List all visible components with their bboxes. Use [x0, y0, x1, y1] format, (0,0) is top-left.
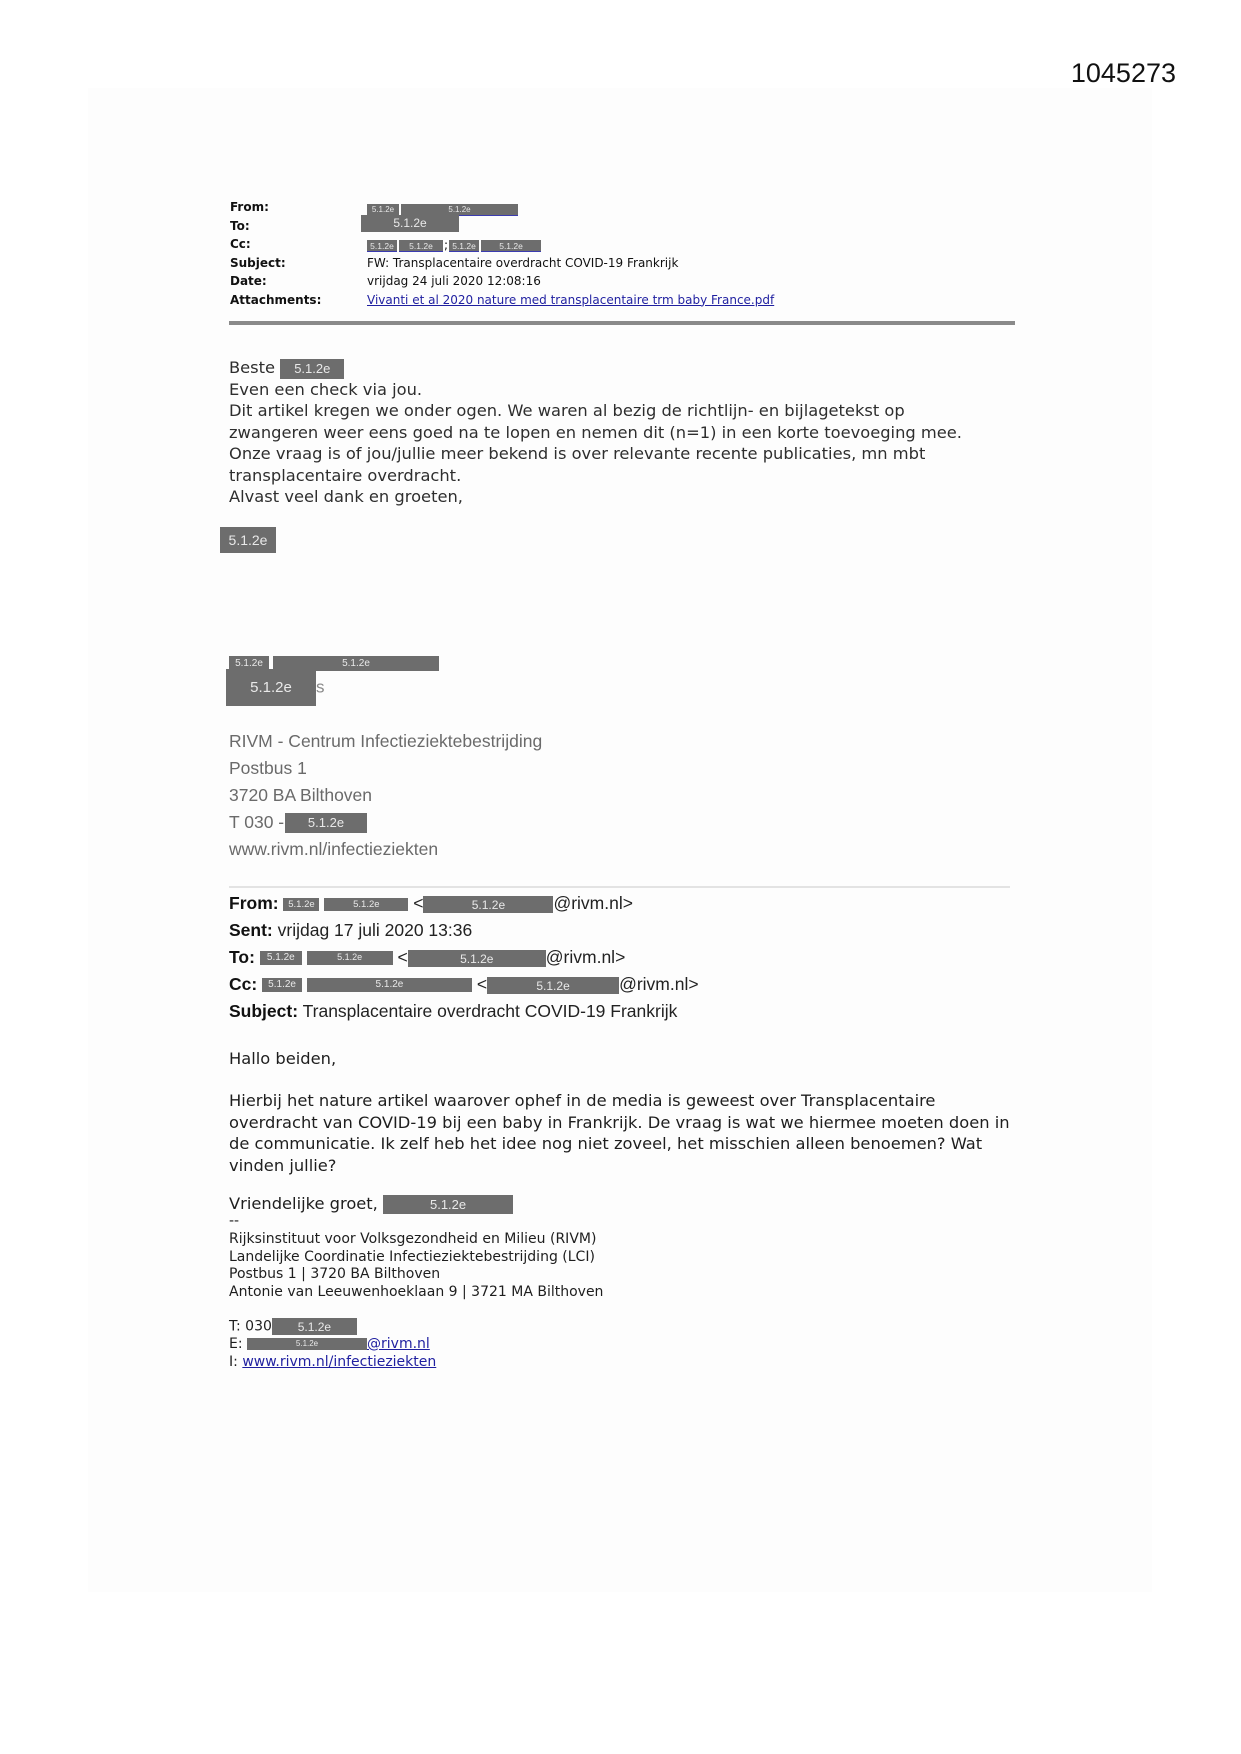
body-line: Dit artikel kregen we onder ogen. We war…: [229, 400, 989, 443]
subject-value: FW: Transplacentaire overdracht COVID-19…: [367, 254, 678, 273]
original-greeting: Hallo beiden,: [229, 1048, 1019, 1070]
lt: <: [398, 947, 408, 967]
signature-title-redaction: 5.1.2es: [226, 669, 325, 706]
signature2-dashes: --: [229, 1213, 239, 1231]
date-label: Date:: [230, 272, 267, 291]
sent-label: Sent:: [229, 920, 273, 940]
to-value: 5.1.2e: [361, 214, 459, 233]
signature2-phone: T: 0305.1.2e: [229, 1318, 357, 1336]
phone-prefix: T 030 -: [229, 812, 284, 832]
body-line: Even een check via jou.: [229, 379, 1009, 401]
subject-value: Transplacentaire overdracht COVID-19 Fra…: [303, 1001, 678, 1021]
attachments-label: Attachments:: [230, 291, 321, 310]
cc-label: Cc:: [230, 235, 251, 254]
email-suffix: @rivm.nl>: [546, 947, 626, 967]
forward-header: From: 5.1.2e5.1.2e To: 5.1.2e Cc: 5.1.2e…: [230, 198, 1030, 318]
redaction: 5.1.2e: [262, 978, 302, 992]
greeting: Beste: [229, 358, 275, 377]
to-label: To:: [230, 217, 250, 236]
from-label: From:: [230, 198, 269, 217]
header-divider: [229, 321, 1015, 325]
cc-separator: ;: [444, 238, 448, 252]
redaction: 5.1.2e: [383, 1195, 513, 1214]
email-suffix: @rivm.nl>: [553, 893, 633, 913]
original-closing: Vriendelijke groet, 5.1.2e: [229, 1193, 1019, 1215]
internet-prefix: I:: [229, 1354, 238, 1370]
signature1-postbus: Postbus 1: [229, 755, 307, 782]
signature2-website-row: I: www.rivm.nl/infectieziekten: [229, 1354, 436, 1372]
redaction: 5.1.2e: [399, 240, 443, 252]
lt: <: [413, 893, 423, 913]
partial-text: s: [316, 678, 325, 697]
redaction: 5.1.2e: [283, 898, 319, 911]
redaction: 5.1.2e: [226, 669, 316, 706]
subject-label: Subject:: [229, 1001, 298, 1021]
cc-value: 5.1.2e5.1.2e;5.1.2e5.1.2e: [367, 236, 541, 255]
redaction: 5.1.2e: [361, 215, 459, 232]
email-prefix: E:: [229, 1336, 243, 1352]
email-suffix: @rivm.nl>: [619, 974, 699, 994]
original-sent-row: Sent: vrijdag 17 juli 2020 13:36: [229, 917, 472, 944]
greeting-line: Beste 5.1.2e: [229, 357, 1009, 379]
email-domain: @rivm.nl: [367, 1336, 430, 1352]
signature2-department: Landelijke Coordinatie Infectieziektebes…: [229, 1249, 595, 1267]
phone-prefix: T: 030: [229, 1319, 272, 1335]
redaction: 5.1.2e: [247, 1338, 367, 1350]
original-cc-row: Cc: 5.1.2e 5.1.2e <5.1.2e@rivm.nl>: [229, 971, 699, 998]
message-divider: [229, 886, 1010, 888]
lt: <: [477, 974, 487, 994]
redaction: 5.1.2e: [408, 950, 546, 967]
redaction: 5.1.2e: [324, 898, 408, 911]
redaction: 5.1.2e: [307, 951, 393, 965]
body-line: Onze vraag is of jou/jullie meer bekend …: [229, 443, 1009, 486]
original-subject-row: Subject: Transplacentaire overdracht COV…: [229, 998, 677, 1025]
signature1-org: RIVM - Centrum Infectieziektebestrijding: [229, 728, 542, 755]
redaction: 5.1.2e: [285, 813, 367, 833]
email-link[interactable]: 5.1.2e@rivm.nl: [247, 1336, 430, 1352]
website-link[interactable]: www.rivm.nl/infectieziekten: [242, 1354, 436, 1370]
signature2-email: E: 5.1.2e@rivm.nl: [229, 1336, 430, 1354]
subject-label: Subject:: [230, 254, 286, 273]
redaction: 5.1.2e: [272, 1318, 357, 1335]
redaction: 5.1.2e: [280, 359, 344, 379]
forward-message-body: Beste 5.1.2e Even een check via jou. Dit…: [229, 357, 1009, 508]
closing: Vriendelijke groet,: [229, 1194, 378, 1213]
redaction: 5.1.2e: [449, 240, 479, 252]
sent-value: vrijdag 17 juli 2020 13:36: [278, 920, 473, 940]
signature1-city: 3720 BA Bilthoven: [229, 782, 372, 809]
redaction: 5.1.2e: [260, 951, 302, 965]
cc-label: Cc:: [229, 974, 257, 994]
signature2-visit: Antonie van Leeuwenhoeklaan 9 | 3721 MA …: [229, 1284, 603, 1302]
original-from-row: From: 5.1.2e 5.1.2e <5.1.2e@rivm.nl>: [229, 890, 633, 917]
original-to-row: To: 5.1.2e 5.1.2e <5.1.2e@rivm.nl>: [229, 944, 625, 971]
original-paragraph: Hierbij het nature artikel waarover ophe…: [229, 1090, 1014, 1176]
from-label: From:: [229, 893, 279, 913]
document-number: 1045273: [1071, 58, 1176, 89]
date-value: vrijdag 24 juli 2020 12:08:16: [367, 272, 541, 291]
body-line: Alvast veel dank en groeten,: [229, 486, 1009, 508]
redaction: 5.1.2e: [423, 896, 553, 913]
sender-redaction: 5.1.2e: [220, 527, 276, 553]
signature1-website[interactable]: www.rivm.nl/infectieziekten: [229, 836, 438, 863]
signature1-phone: T 030 - 5.1.2e: [229, 809, 367, 836]
to-label: To:: [229, 947, 255, 967]
redaction: 5.1.2e: [487, 977, 619, 994]
signature2-org: Rijksinstituut voor Volksgezondheid en M…: [229, 1231, 596, 1249]
redaction: 5.1.2e: [367, 240, 397, 252]
redaction: 5.1.2e: [307, 978, 472, 992]
signature2-postal: Postbus 1 | 3720 BA Bilthoven: [229, 1266, 440, 1284]
attachment-link[interactable]: Vivanti et al 2020 nature med transplace…: [367, 291, 774, 310]
redaction: 5.1.2e: [481, 240, 541, 252]
redaction: 5.1.2e: [220, 527, 276, 553]
